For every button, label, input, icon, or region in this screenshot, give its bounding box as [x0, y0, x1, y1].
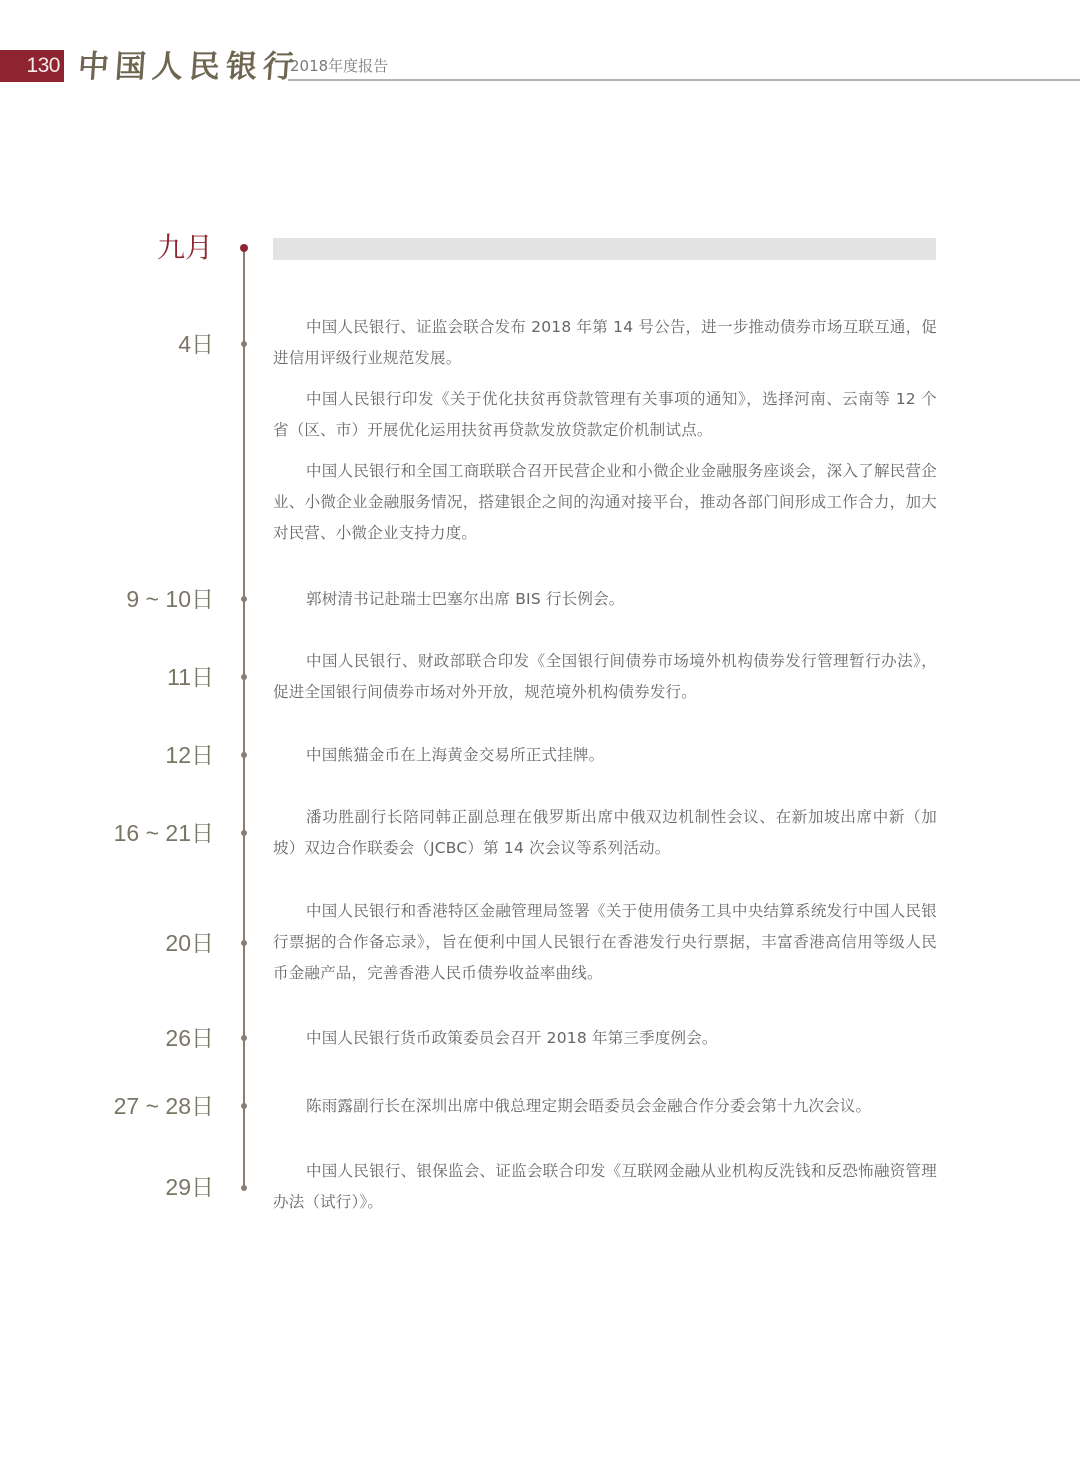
event-description: 中国人民银行、证监会联合发布 2018 年第 14 号公告，进一步推动债券市场互… — [273, 312, 937, 559]
event-paragraph: 陈雨露副行长在深圳出席中俄总理定期会晤委员会金融合作分委会第十九次会议。 — [273, 1091, 937, 1122]
page-number: 130 — [0, 50, 64, 82]
event-paragraph: 中国人民银行、证监会联合发布 2018 年第 14 号公告，进一步推动债券市场互… — [273, 312, 937, 374]
month-heading: 九月 — [157, 230, 213, 266]
event-paragraph: 中国人民银行、银保监会、证监会联合印发《互联网金融从业机构反洗钱和反恐怖融资管理… — [273, 1156, 937, 1218]
event-paragraph: 中国人民银行和香港特区金融管理局签署《关于使用债务工具中央结算系统发行中国人民银… — [273, 896, 937, 989]
event-date: 27 ~ 28日 — [114, 1092, 214, 1120]
event-paragraph: 中国熊猫金币在上海黄金交易所正式挂牌。 — [273, 740, 937, 771]
event-date: 11日 — [167, 663, 214, 691]
event-date: 12日 — [165, 741, 214, 769]
event-date: 16 ~ 21日 — [114, 819, 214, 847]
header-divider — [288, 79, 1080, 81]
event-description: 中国人民银行、银保监会、证监会联合印发《互联网金融从业机构反洗钱和反恐怖融资管理… — [273, 1156, 937, 1228]
event-date: 26日 — [165, 1024, 214, 1052]
event-description: 中国熊猫金币在上海黄金交易所正式挂牌。 — [273, 740, 937, 781]
event-description: 中国人民银行和香港特区金融管理局签署《关于使用债务工具中央结算系统发行中国人民银… — [273, 896, 937, 999]
event-paragraph: 中国人民银行、财政部联合印发《全国银行间债券市场境外机构债券发行管理暂行办法》，… — [273, 646, 937, 708]
report-title: 2018年度报告 — [290, 56, 388, 76]
timeline-dot-icon — [241, 830, 247, 836]
event-description: 中国人民银行货币政策委员会召开 2018 年第三季度例会。 — [273, 1023, 937, 1064]
event-paragraph: 中国人民银行和全国工商联联合召开民营企业和小微企业金融服务座谈会，深入了解民营企… — [273, 456, 937, 549]
timeline-dot-icon — [241, 752, 247, 758]
event-description: 陈雨露副行长在深圳出席中俄总理定期会晤委员会金融合作分委会第十九次会议。 — [273, 1091, 937, 1132]
event-paragraph: 潘功胜副行长陪同韩正副总理在俄罗斯出席中俄双边机制性会议、在新加坡出席中新（加坡… — [273, 802, 937, 864]
event-paragraph: 郭树清书记赴瑞士巴塞尔出席 BIS 行长例会。 — [273, 584, 937, 615]
page-header: 130 中国人民银行 2018年度报告 — [0, 48, 1080, 88]
timeline-dot-icon — [241, 674, 247, 680]
timeline-dot-icon — [241, 596, 247, 602]
timeline-dot-icon — [241, 1035, 247, 1041]
timeline-dot-icon — [241, 940, 247, 946]
timeline-dot-icon — [241, 1103, 247, 1109]
timeline-dot-icon — [241, 341, 247, 347]
event-date: 9 ~ 10日 — [126, 585, 214, 613]
event-description: 郭树清书记赴瑞士巴塞尔出席 BIS 行长例会。 — [273, 584, 937, 625]
event-paragraph: 中国人民银行货币政策委员会召开 2018 年第三季度例会。 — [273, 1023, 937, 1054]
event-date: 20日 — [165, 929, 214, 957]
bank-logo: 中国人民银行 — [77, 48, 302, 86]
month-header-bar — [273, 238, 936, 260]
timeline-line — [243, 252, 245, 1188]
event-date: 29日 — [165, 1173, 214, 1201]
event-description: 潘功胜副行长陪同韩正副总理在俄罗斯出席中俄双边机制性会议、在新加坡出席中新（加坡… — [273, 802, 937, 874]
event-date: 4日 — [178, 330, 214, 358]
timeline-dot-icon — [241, 1185, 247, 1191]
event-paragraph: 中国人民银行印发《关于优化扶贫再贷款管理有关事项的通知》，选择河南、云南等 12… — [273, 384, 937, 446]
event-description: 中国人民银行、财政部联合印发《全国银行间债券市场境外机构债券发行管理暂行办法》，… — [273, 646, 937, 718]
month-dot-icon — [240, 244, 248, 252]
